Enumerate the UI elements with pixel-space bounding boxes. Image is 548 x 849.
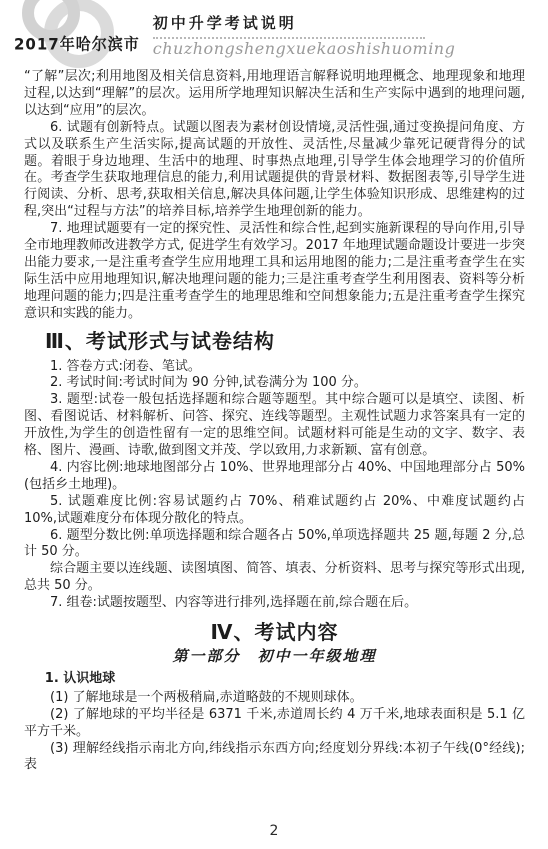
topic-1-item: (2) 了解地球的平均半径是 6371 千米,赤道周长约 4 万千米,地球表面积… — [24, 707, 525, 741]
section-3-heading: Ⅲ、考试形式与试卷结构 — [24, 333, 525, 350]
section-3-item: 1. 答卷方式:闭卷、笔试。 — [24, 359, 525, 376]
section-3-item: 3. 题型:试卷一般包括选择题和综合题等题型。其中综合题可以是填空、读图、析图、… — [24, 392, 525, 460]
paragraph-7: 7. 地理试题要有一定的探究性、灵活性和综合性,起到实施新课程的导向作用,引导全… — [24, 221, 525, 322]
section-3-item: 4. 内容比例:地球地图部分占 10%、世界地理部分占 40%、中国地理部分占 … — [24, 460, 525, 494]
title-pinyin: chuzhongshengxuekaoshishuoming — [153, 39, 456, 58]
section-3-item: 5. 试题难度比例:容易试题约占 70%、稍难试题约占 20%、中难度试题约占 … — [24, 494, 525, 528]
section-3-item: 2. 考试时间:考试时间为 90 分钟,试卷满分为 100 分。 — [24, 375, 525, 392]
document-title: 初中升学考试说明 — [153, 12, 456, 33]
paragraph-intro-continuation: “了解”层次;利用地图及相关信息资料,用地理语言解释说明地理概念、地理现象和地理… — [24, 69, 525, 120]
section-3-item: 7. 组卷:试题按题型、内容等进行排列,选择题在前,综合题在后。 — [24, 595, 525, 612]
topic-1-title: 1. 认识地球 — [24, 671, 525, 688]
document-body: “了解”层次;利用地图及相关信息资料,用地理语言解释说明地理概念、地理现象和地理… — [0, 64, 548, 774]
paragraph-6: 6. 试题有创新特点。试题以图表为素材创设情境,灵活性强,通过变换提问角度、方式… — [24, 120, 525, 221]
header-title-block: 初中升学考试说明 chuzhongshengxuekaoshishuoming — [153, 12, 456, 58]
part-1-title: 第一部分 初中一年级地理 — [24, 648, 525, 665]
section-4-heading: Ⅳ、考试内容 — [24, 624, 525, 641]
section-3-item: 6. 题型分数比例:单项选择题和综合题各占 50%,单项选择题共 25 题,每题… — [24, 528, 525, 562]
edition-label: 2017年哈尔滨市 — [14, 32, 140, 54]
page-header: 2017年哈尔滨市 初中升学考试说明 chuzhongshengxuekaosh… — [0, 0, 548, 64]
topic-1-item: (3) 理解经线指示南北方向,纬线指示东西方向;经度划分界线:本初子午线(0°经… — [24, 741, 525, 775]
document-page: 2017年哈尔滨市 初中升学考试说明 chuzhongshengxuekaosh… — [0, 0, 548, 849]
section-3-item: 综合题主要以连线题、读图填图、简答、填表、分析资料、思考与探究等形式出现,总共 … — [24, 561, 525, 595]
page-number: 2 — [270, 823, 279, 839]
topic-1-item: (1) 了解地球是一个两极稍扁,赤道略鼓的不规则球体。 — [24, 690, 525, 707]
page-footer: 2 — [0, 820, 548, 839]
